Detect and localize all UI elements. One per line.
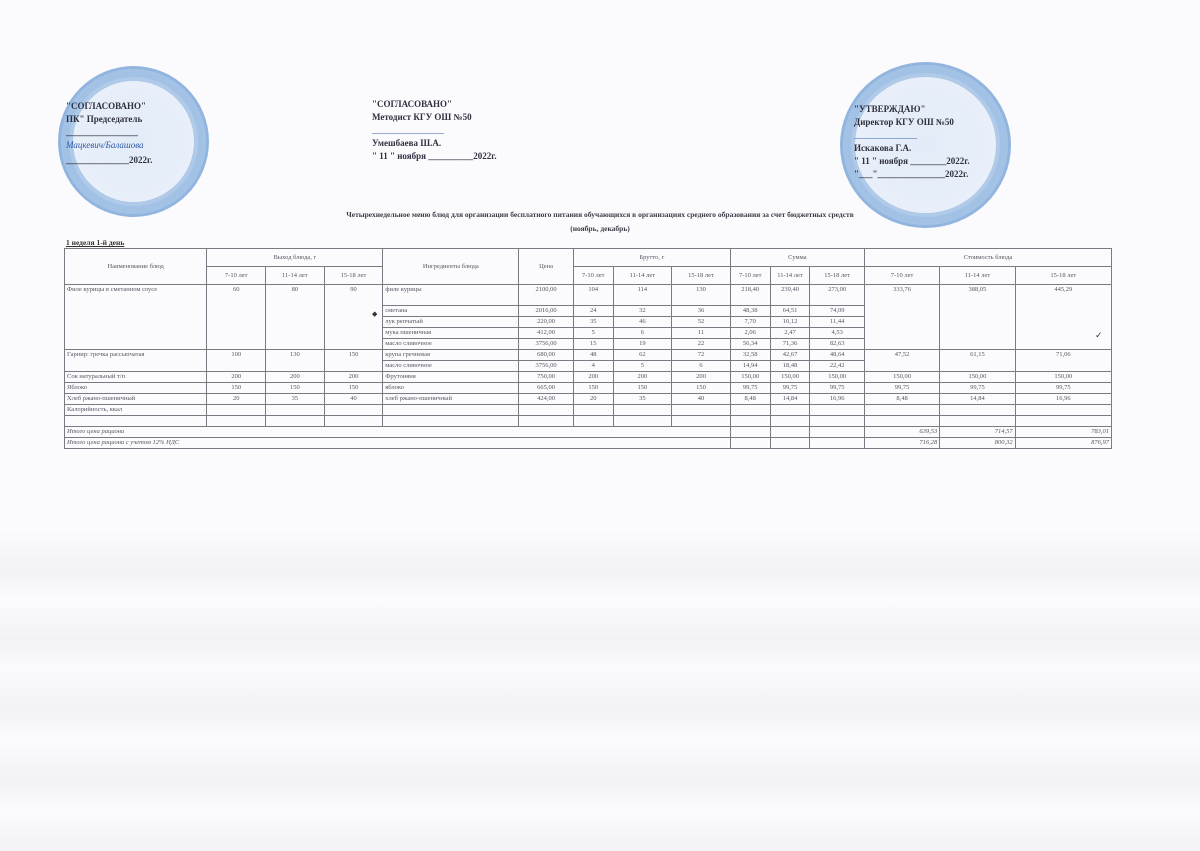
gross-cell: 19 xyxy=(613,339,672,350)
empty-cell xyxy=(864,416,939,427)
sum-cell: 82,63 xyxy=(810,339,864,350)
table-row: Сок натуральный т/п200200200Фрутоняня750… xyxy=(65,372,1112,383)
calories-row: Калорийность, ккал xyxy=(65,405,1112,416)
header-age-group: 11-14 лет xyxy=(266,267,325,285)
price-cell: 412,00 xyxy=(519,328,573,339)
gross-cell: 130 xyxy=(672,285,731,306)
sum-cell: 2,47 xyxy=(770,328,810,339)
empty-cell xyxy=(810,427,864,438)
header-ingredients: Ингредиенты блюда xyxy=(383,249,519,285)
empty-cell xyxy=(65,416,207,427)
price-cell: 220,00 xyxy=(519,317,573,328)
gross-cell: 6 xyxy=(672,361,731,372)
ingredient-name-cell: хлеб ржано-пшеничный xyxy=(383,394,519,405)
sum-cell: 7,70 xyxy=(730,317,770,328)
gross-cell: 15 xyxy=(573,339,613,350)
gross-cell: 62 xyxy=(613,350,672,361)
header-age-group: 7-10 лет xyxy=(573,267,613,285)
calories-label: Калорийность, ккал xyxy=(65,405,207,416)
price-cell: 2100,00 xyxy=(519,285,573,306)
empty-cell xyxy=(613,416,672,427)
yield-cell: 100 xyxy=(207,350,266,372)
cost-cell: 14,84 xyxy=(940,394,1015,405)
table-row: Яблоко150150150яблоко665,0015015015099,7… xyxy=(65,383,1112,394)
yield-cell: 20 xyxy=(207,394,266,405)
empty-cell xyxy=(730,438,770,449)
empty-cell xyxy=(672,416,731,427)
sum-cell: 18,48 xyxy=(770,361,810,372)
cost-cell: 47,52 xyxy=(864,350,939,372)
empty-cell xyxy=(770,416,810,427)
total-value-cell: 876,97 xyxy=(1015,438,1111,449)
cost-cell: 61,15 xyxy=(940,350,1015,372)
dish-name-cell: Хлеб ржано-пшеничный xyxy=(65,394,207,405)
header-cost: Стоимость блюда xyxy=(864,249,1111,267)
price-cell: 3756,00 xyxy=(519,361,573,372)
gross-cell: 11 xyxy=(672,328,731,339)
gross-cell: 24 xyxy=(573,306,613,317)
sum-cell: 218,40 xyxy=(730,285,770,306)
document-title: Четырехнедельное меню блюд для организац… xyxy=(200,208,1000,236)
gross-cell: 200 xyxy=(613,372,672,383)
gross-cell: 150 xyxy=(672,383,731,394)
gross-cell: 200 xyxy=(672,372,731,383)
header-age-group: 11-14 лет xyxy=(940,267,1015,285)
ingredient-name-cell: филе курицы xyxy=(383,285,519,306)
sum-cell: 32,58 xyxy=(730,350,770,361)
yield-cell: 150 xyxy=(266,383,325,394)
empty-cell xyxy=(207,405,266,416)
sum-cell: 48,64 xyxy=(810,350,864,361)
empty-cell xyxy=(324,416,383,427)
sum-cell: 22,42 xyxy=(810,361,864,372)
table-row: Филе курицы в сметанном соусе608090филе … xyxy=(65,285,1112,306)
empty-cell xyxy=(770,427,810,438)
empty-cell xyxy=(519,416,573,427)
empty-cell xyxy=(1015,416,1111,427)
approval-block-right: "УТВЕРЖДАЮ" Директор КГУ ОШ №50 ________… xyxy=(854,103,970,181)
gross-cell: 35 xyxy=(613,394,672,405)
total-value-cell: 783,01 xyxy=(1015,427,1111,438)
header-yield: Выход блюда, г xyxy=(207,249,383,267)
gross-cell: 6 xyxy=(613,328,672,339)
dish-name-cell: Яблоко xyxy=(65,383,207,394)
scan-dot-mark: ◆ xyxy=(372,310,377,318)
ingredient-name-cell: лук репчатый xyxy=(383,317,519,328)
cost-cell: 99,75 xyxy=(864,383,939,394)
empty-cell xyxy=(770,438,810,449)
header-age-group: 7-10 лет xyxy=(730,267,770,285)
cost-cell: 388,05 xyxy=(940,285,1015,350)
sum-cell: 8,48 xyxy=(730,394,770,405)
sum-cell: 48,38 xyxy=(730,306,770,317)
empty-cell xyxy=(810,405,864,416)
table-row: Хлеб ржано-пшеничный203540хлеб ржано-пше… xyxy=(65,394,1112,405)
gross-cell: 22 xyxy=(672,339,731,350)
yield-cell: 150 xyxy=(207,383,266,394)
sum-cell: 14,84 xyxy=(770,394,810,405)
empty-cell xyxy=(573,416,613,427)
total-value-cell: 716,28 xyxy=(864,438,939,449)
empty-cell xyxy=(1015,405,1111,416)
empty-cell xyxy=(730,405,770,416)
approval-block-left: "СОГЛАСОВАНО" ПК" Председатель _________… xyxy=(66,100,152,167)
empty-cell xyxy=(672,405,731,416)
header-age-group: 15-18 лет xyxy=(1015,267,1111,285)
gross-cell: 52 xyxy=(672,317,731,328)
gross-cell: 5 xyxy=(613,361,672,372)
empty-cell xyxy=(383,405,519,416)
sum-cell: 99,75 xyxy=(810,383,864,394)
dish-name-cell: Гарнир: гречка рассыпчатая xyxy=(65,350,207,372)
approval-title: "УТВЕРЖДАЮ" xyxy=(854,103,970,116)
menu-table-body: Филе курицы в сметанном соусе608090филе … xyxy=(65,285,1112,449)
total-label: Итого цена рациона xyxy=(65,427,731,438)
price-cell: 3756,00 xyxy=(519,339,573,350)
sum-cell: 150,00 xyxy=(730,372,770,383)
gross-cell: 46 xyxy=(613,317,672,328)
cost-cell: 150,00 xyxy=(1015,372,1111,383)
sum-cell: 14,94 xyxy=(730,361,770,372)
gross-cell: 35 xyxy=(573,317,613,328)
sum-cell: 2,06 xyxy=(730,328,770,339)
gross-cell: 72 xyxy=(672,350,731,361)
checkmark-mark: ✓ xyxy=(1095,330,1103,341)
total-value-cell: 800,32 xyxy=(940,438,1015,449)
sum-cell: 150,00 xyxy=(770,372,810,383)
gross-cell: 40 xyxy=(672,394,731,405)
header-price: Цена xyxy=(519,249,573,285)
empty-cell xyxy=(864,405,939,416)
header-age-group: 15-18 лет xyxy=(324,267,383,285)
price-cell: 665,00 xyxy=(519,383,573,394)
empty-cell xyxy=(613,405,672,416)
approval-title: "СОГЛАСОВАНО" xyxy=(66,100,152,113)
header-age-group: 11-14 лет xyxy=(770,267,810,285)
ingredient-name-cell: масло сливочное xyxy=(383,361,519,372)
yield-cell: 60 xyxy=(207,285,266,350)
ingredient-name-cell: Фрутоняня xyxy=(383,372,519,383)
empty-cell xyxy=(324,405,383,416)
cost-cell: 99,75 xyxy=(1015,383,1111,394)
sum-cell: 273,00 xyxy=(810,285,864,306)
total-value-cell: 639,53 xyxy=(864,427,939,438)
yield-cell: 200 xyxy=(207,372,266,383)
header-age-group: 15-18 лет xyxy=(672,267,731,285)
header-age-group: 15-18 лет xyxy=(810,267,864,285)
ingredient-name-cell: яблоко xyxy=(383,383,519,394)
age-group-header-row: 7-10 лет11-14 лет15-18 лет7-10 лет11-14 … xyxy=(65,267,1112,285)
cost-cell: 71,06 xyxy=(1015,350,1111,372)
sum-cell: 74,09 xyxy=(810,306,864,317)
empty-cell xyxy=(770,405,810,416)
table-row: Гарнир: гречка рассыпчатая100130150крупа… xyxy=(65,350,1112,361)
gross-cell: 104 xyxy=(573,285,613,306)
approval-block-center: "СОГЛАСОВАНО" Методист КГУ ОШ №50 ______… xyxy=(372,98,497,163)
ingredient-name-cell: масло сливочное xyxy=(383,339,519,350)
gross-cell: 150 xyxy=(613,383,672,394)
sum-cell: 16,96 xyxy=(810,394,864,405)
header-sum: Сумма xyxy=(730,249,864,267)
empty-cell xyxy=(810,438,864,449)
gross-cell: 48 xyxy=(573,350,613,361)
sum-cell: 99,75 xyxy=(730,383,770,394)
gross-cell: 36 xyxy=(672,306,731,317)
empty-cell xyxy=(940,416,1015,427)
sum-cell: 42,67 xyxy=(770,350,810,361)
cost-cell: 16,96 xyxy=(1015,394,1111,405)
gross-cell: 32 xyxy=(613,306,672,317)
sum-cell: 150,00 xyxy=(810,372,864,383)
empty-cell xyxy=(940,405,1015,416)
blank-row xyxy=(65,416,1112,427)
price-cell: 750,00 xyxy=(519,372,573,383)
yield-cell: 150 xyxy=(324,383,383,394)
header-age-group: 7-10 лет xyxy=(207,267,266,285)
dish-name-cell: Филе курицы в сметанном соусе xyxy=(65,285,207,350)
empty-cell xyxy=(207,416,266,427)
gross-cell: 200 xyxy=(573,372,613,383)
sum-cell: 239,40 xyxy=(770,285,810,306)
empty-cell xyxy=(266,416,325,427)
cost-cell: 150,00 xyxy=(940,372,1015,383)
dish-name-cell: Сок натуральный т/п xyxy=(65,372,207,383)
ingredient-name-cell: крупа гречневая xyxy=(383,350,519,361)
yield-cell: 200 xyxy=(266,372,325,383)
sum-cell: 10,12 xyxy=(770,317,810,328)
total-row: Итого цена рациона с учетом 12% НДС716,2… xyxy=(65,438,1112,449)
yield-cell: 40 xyxy=(324,394,383,405)
empty-cell xyxy=(810,416,864,427)
yield-cell: 80 xyxy=(266,285,325,350)
gross-cell: 20 xyxy=(573,394,613,405)
empty-cell xyxy=(519,405,573,416)
week-day-label: 1 неделя 1-й день xyxy=(66,238,124,247)
gross-cell: 150 xyxy=(573,383,613,394)
approval-title: "СОГЛАСОВАНО" xyxy=(372,98,497,111)
empty-cell xyxy=(730,427,770,438)
cost-cell: 150,00 xyxy=(864,372,939,383)
empty-cell xyxy=(730,416,770,427)
gross-cell: 4 xyxy=(573,361,613,372)
sum-cell: 4,53 xyxy=(810,328,864,339)
header-age-group: 7-10 лет xyxy=(864,267,939,285)
total-value-cell: 714,57 xyxy=(940,427,1015,438)
sum-cell: 71,36 xyxy=(770,339,810,350)
yield-cell: 130 xyxy=(266,350,325,372)
document-subtitle: (ноябрь, декабрь) xyxy=(200,222,1000,236)
price-cell: 680,00 xyxy=(519,350,573,361)
sum-cell: 56,34 xyxy=(730,339,770,350)
price-cell: 2016,00 xyxy=(519,306,573,317)
total-label: Итого цена рациона с учетом 12% НДС xyxy=(65,438,731,449)
price-cell: 424,00 xyxy=(519,394,573,405)
header-age-group: 11-14 лет xyxy=(613,267,672,285)
empty-cell xyxy=(573,405,613,416)
header-gross: Брутто, г xyxy=(573,249,730,267)
yield-cell: 35 xyxy=(266,394,325,405)
cost-cell: 99,75 xyxy=(940,383,1015,394)
empty-cell xyxy=(383,416,519,427)
cost-cell: 8,48 xyxy=(864,394,939,405)
empty-cell xyxy=(266,405,325,416)
scanned-menu-page: "СОГЛАСОВАНО" ПК" Председатель _________… xyxy=(0,0,1200,851)
header-dish-name: Наименование блюд xyxy=(65,249,207,285)
ingredient-name-cell: мука пшеничная xyxy=(383,328,519,339)
cost-cell: 333,76 xyxy=(864,285,939,350)
yield-cell: 200 xyxy=(324,372,383,383)
sum-cell: 64,51 xyxy=(770,306,810,317)
sum-cell: 11,44 xyxy=(810,317,864,328)
total-row: Итого цена рациона639,53714,57783,01 xyxy=(65,427,1112,438)
gross-cell: 114 xyxy=(613,285,672,306)
sum-cell: 99,75 xyxy=(770,383,810,394)
ingredient-name-cell: сметана xyxy=(383,306,519,317)
menu-table: Наименование блюд Выход блюда, г Ингреди… xyxy=(64,248,1112,449)
gross-cell: 5 xyxy=(573,328,613,339)
yield-cell: 150 xyxy=(324,350,383,372)
